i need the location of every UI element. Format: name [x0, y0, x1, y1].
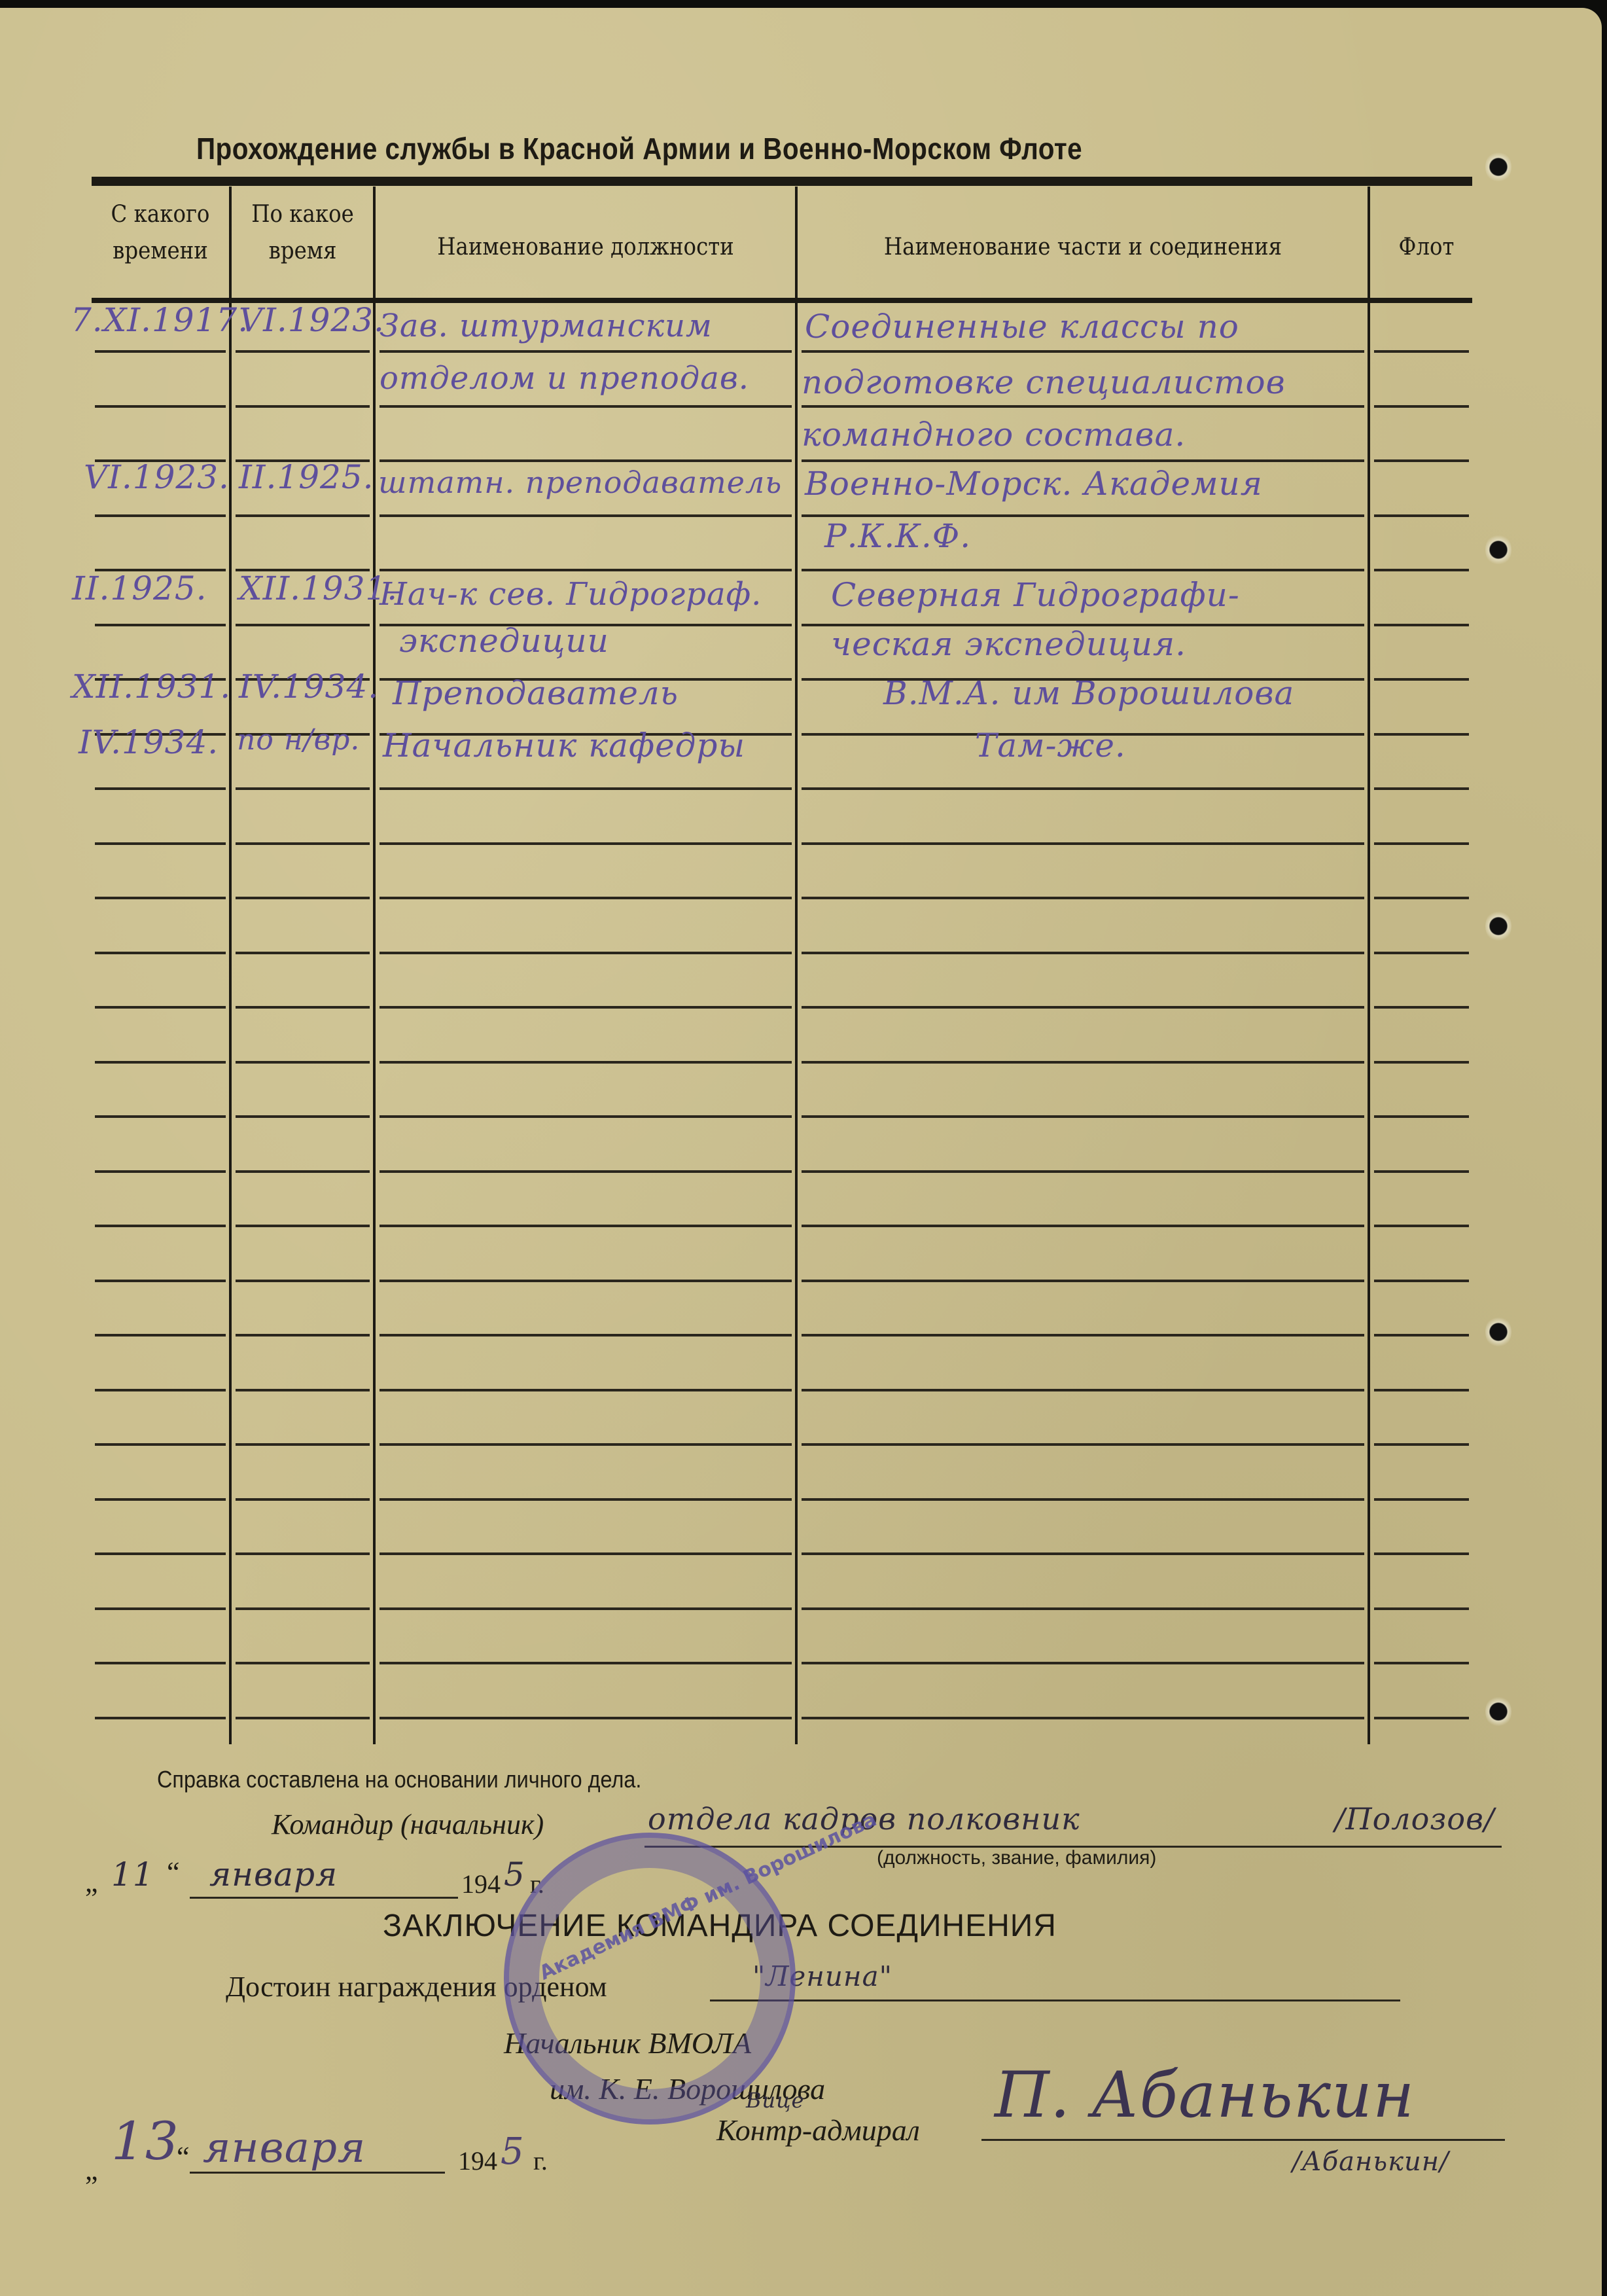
row-rule — [95, 1280, 226, 1282]
row-rule — [236, 952, 370, 954]
row-rule — [802, 1389, 1364, 1391]
row-rule — [380, 459, 792, 462]
row-rule — [1374, 952, 1469, 954]
header-unit: Наименование части и соединения — [827, 229, 1339, 266]
row-rule — [236, 1061, 370, 1064]
chief-signature: П. Абанькин — [995, 2058, 1415, 2132]
cell-unit: Р.К.К.Ф. — [824, 517, 971, 555]
cell-unit: Северная Гидрографи- — [831, 576, 1240, 614]
row-rule — [802, 1115, 1364, 1118]
row-rule — [802, 1006, 1364, 1009]
row-rule — [1374, 733, 1469, 736]
section-title: Прохождение службы в Красной Армии и Вое… — [196, 131, 1082, 166]
cell-to: XII.1931. — [239, 569, 398, 607]
row-rule — [380, 514, 792, 517]
row-rule — [236, 1662, 370, 1664]
row-rule — [380, 1389, 792, 1391]
row-rule — [802, 787, 1364, 790]
commander-caption: (должность, звание, фамилия) — [877, 1847, 1156, 1869]
date-2-year-suffix: 5 — [501, 2130, 525, 2173]
date-2-year-prefix: 194 — [458, 2145, 497, 2176]
row-rule — [380, 1006, 792, 1009]
row-rule — [1374, 1061, 1469, 1064]
row-rule — [236, 405, 370, 408]
cell-unit: подготовке специалистов — [802, 363, 1286, 401]
row-rule — [1374, 678, 1469, 681]
commander-label: Командир (начальник) — [272, 1808, 544, 1841]
column-divider — [229, 187, 232, 1744]
date-1-day: 11 — [111, 1856, 154, 1893]
basis-note: Справка составлена на основании личного … — [157, 1766, 641, 1793]
header-from: С какого времени — [99, 196, 222, 270]
row-rule — [95, 1170, 226, 1173]
row-rule — [802, 405, 1364, 408]
row-rule — [802, 897, 1364, 899]
row-rule — [380, 1717, 792, 1719]
row-rule — [1374, 1717, 1469, 1719]
row-rule — [236, 787, 370, 790]
row-rule — [1374, 1552, 1469, 1555]
punch-hole — [1485, 910, 1511, 942]
row-rule — [802, 459, 1364, 462]
row-rule — [1374, 1006, 1469, 1009]
cell-from: 7.XI.1917. — [71, 301, 249, 339]
punch-hole — [1485, 533, 1511, 566]
row-rule — [236, 624, 370, 626]
row-rule — [236, 1280, 370, 1282]
row-rule — [1374, 569, 1469, 571]
row-rule — [802, 1225, 1364, 1227]
row-rule — [802, 1061, 1364, 1064]
punch-hole — [1485, 1695, 1511, 1728]
rank-label: Контр-адмирал — [716, 2113, 920, 2147]
cell-from: VI.1923. — [84, 458, 230, 496]
row-rule — [95, 514, 226, 517]
row-rule — [236, 514, 370, 517]
quote-mark: „ — [85, 2153, 98, 2187]
cell-position: Зав. штурманским — [380, 308, 713, 344]
row-rule — [380, 952, 792, 954]
row-rule — [95, 350, 226, 353]
row-rule — [802, 952, 1364, 954]
cell-from: IV.1934. — [79, 723, 219, 761]
row-rule — [802, 1443, 1364, 1446]
row-rule — [236, 1225, 370, 1227]
punch-hole — [1485, 1316, 1511, 1348]
cell-from: XII.1931. — [72, 668, 231, 706]
date-2-month: января — [203, 2124, 366, 2172]
row-rule — [380, 1552, 792, 1555]
row-rule — [95, 1443, 226, 1446]
cell-to: VI.1923. — [239, 301, 385, 339]
cell-unit: Соединенные классы по — [805, 308, 1239, 346]
row-rule — [380, 842, 792, 845]
row-rule — [380, 1225, 792, 1227]
row-rule — [236, 1334, 370, 1336]
cell-from: II.1925. — [72, 569, 207, 607]
date-2-year-label: г. — [533, 2145, 548, 2176]
cell-to: II.1925. — [239, 458, 374, 496]
row-rule — [1374, 1389, 1469, 1391]
header-position: Наименование должности — [397, 229, 774, 266]
row-rule — [1374, 1607, 1469, 1610]
quote-mark: “ — [167, 1856, 180, 1889]
row-rule — [1374, 842, 1469, 845]
row-rule — [236, 897, 370, 899]
row-rule — [802, 1280, 1364, 1282]
cell-position: Нач-к сев. Гидрограф. — [380, 576, 762, 613]
row-rule — [95, 1389, 226, 1391]
row-rule — [380, 569, 792, 571]
cell-position: отделом и преподав. — [380, 360, 749, 397]
row-rule — [95, 1498, 226, 1501]
row-rule — [380, 1443, 792, 1446]
row-rule — [1374, 1115, 1469, 1118]
cell-position: Преподаватель — [393, 674, 679, 712]
row-rule — [380, 1607, 792, 1610]
row-rule — [236, 350, 370, 353]
date-2-day: 13 — [111, 2111, 179, 2172]
row-rule — [380, 1662, 792, 1664]
date-2-line — [190, 2172, 445, 2174]
date-1-line — [190, 1897, 458, 1899]
row-rule — [95, 952, 226, 954]
row-rule — [95, 1334, 226, 1336]
rank-handwritten-prefix: Вице — [746, 2088, 804, 2113]
row-rule — [95, 787, 226, 790]
row-rule — [802, 1334, 1364, 1336]
row-rule — [802, 350, 1364, 353]
row-rule — [95, 1662, 226, 1664]
row-rule — [95, 405, 226, 408]
row-rule — [95, 1225, 226, 1227]
row-rule — [1374, 1443, 1469, 1446]
column-divider — [795, 187, 798, 1744]
row-rule — [1374, 1225, 1469, 1227]
row-rule — [802, 842, 1364, 845]
row-rule — [236, 1498, 370, 1501]
row-rule — [95, 897, 226, 899]
date-1-month: января — [209, 1856, 338, 1893]
row-rule — [95, 1552, 226, 1555]
row-rule — [802, 569, 1364, 571]
row-rule — [95, 1006, 226, 1009]
header-to: По какое время — [239, 196, 366, 270]
row-rule — [95, 1607, 226, 1610]
row-rule — [802, 1552, 1364, 1555]
cell-to: по н/вр. — [237, 723, 360, 757]
row-rule — [95, 1061, 226, 1064]
column-divider — [373, 187, 376, 1744]
row-rule — [380, 1115, 792, 1118]
row-rule — [1374, 1498, 1469, 1501]
row-rule — [95, 1717, 226, 1719]
column-divider — [1368, 187, 1370, 1744]
row-rule — [380, 1498, 792, 1501]
row-rule — [1374, 624, 1469, 626]
chief-name: /Абанькин/ — [1292, 2147, 1449, 2177]
cell-position: штатн. преподаватель — [378, 465, 782, 500]
cell-unit: Там-же. — [975, 726, 1126, 764]
award-line — [710, 2000, 1400, 2001]
row-rule — [380, 1061, 792, 1064]
row-rule — [236, 1443, 370, 1446]
row-rule — [802, 1717, 1364, 1719]
row-rule — [380, 405, 792, 408]
row-rule — [236, 1607, 370, 1610]
row-rule — [1374, 459, 1469, 462]
quote-mark: „ — [85, 1865, 98, 1899]
row-rule — [236, 1717, 370, 1719]
cell-unit: В.М.А. им Ворошилова — [883, 674, 1294, 712]
cell-position: экспедиции — [399, 622, 609, 660]
row-rule — [95, 624, 226, 626]
punch-hole — [1485, 151, 1511, 183]
row-rule — [1374, 350, 1469, 353]
title-rule — [92, 177, 1472, 186]
row-rule — [1374, 1662, 1469, 1664]
cell-unit: Военно-Морск. Академия — [805, 465, 1263, 503]
date-1-year-prefix: 194 — [461, 1869, 501, 1899]
row-rule — [380, 787, 792, 790]
row-rule — [236, 1552, 370, 1555]
quote-mark: “ — [177, 2140, 190, 2174]
row-rule — [802, 1498, 1364, 1501]
cell-unit: командного состава. — [802, 416, 1186, 454]
row-rule — [1374, 897, 1469, 899]
row-rule — [1374, 787, 1469, 790]
row-rule — [236, 842, 370, 845]
row-rule — [95, 1115, 226, 1118]
row-rule — [236, 1170, 370, 1173]
cell-position: Начальник кафедры — [383, 726, 745, 764]
row-rule — [236, 1006, 370, 1009]
row-rule — [380, 1334, 792, 1336]
row-rule — [380, 1170, 792, 1173]
cell-to: IV.1934. — [239, 668, 379, 706]
date-1-year-suffix: 5 — [504, 1856, 525, 1893]
row-rule — [1374, 1280, 1469, 1282]
row-rule — [236, 1115, 370, 1118]
row-rule — [95, 842, 226, 845]
signature-line — [981, 2139, 1505, 2141]
row-rule — [1374, 405, 1469, 408]
row-rule — [380, 897, 792, 899]
row-rule — [1374, 1170, 1469, 1173]
row-rule — [802, 1607, 1364, 1610]
row-rule — [380, 1280, 792, 1282]
cell-unit: ческая экспедиция. — [831, 625, 1186, 663]
row-rule — [1374, 1334, 1469, 1336]
row-rule — [802, 1662, 1364, 1664]
row-rule — [236, 1389, 370, 1391]
row-rule — [802, 1170, 1364, 1173]
header-fleet: Флот — [1377, 229, 1477, 266]
row-rule — [1374, 514, 1469, 517]
row-rule — [380, 350, 792, 353]
commander-name: /Полозов/ — [1335, 1801, 1494, 1837]
